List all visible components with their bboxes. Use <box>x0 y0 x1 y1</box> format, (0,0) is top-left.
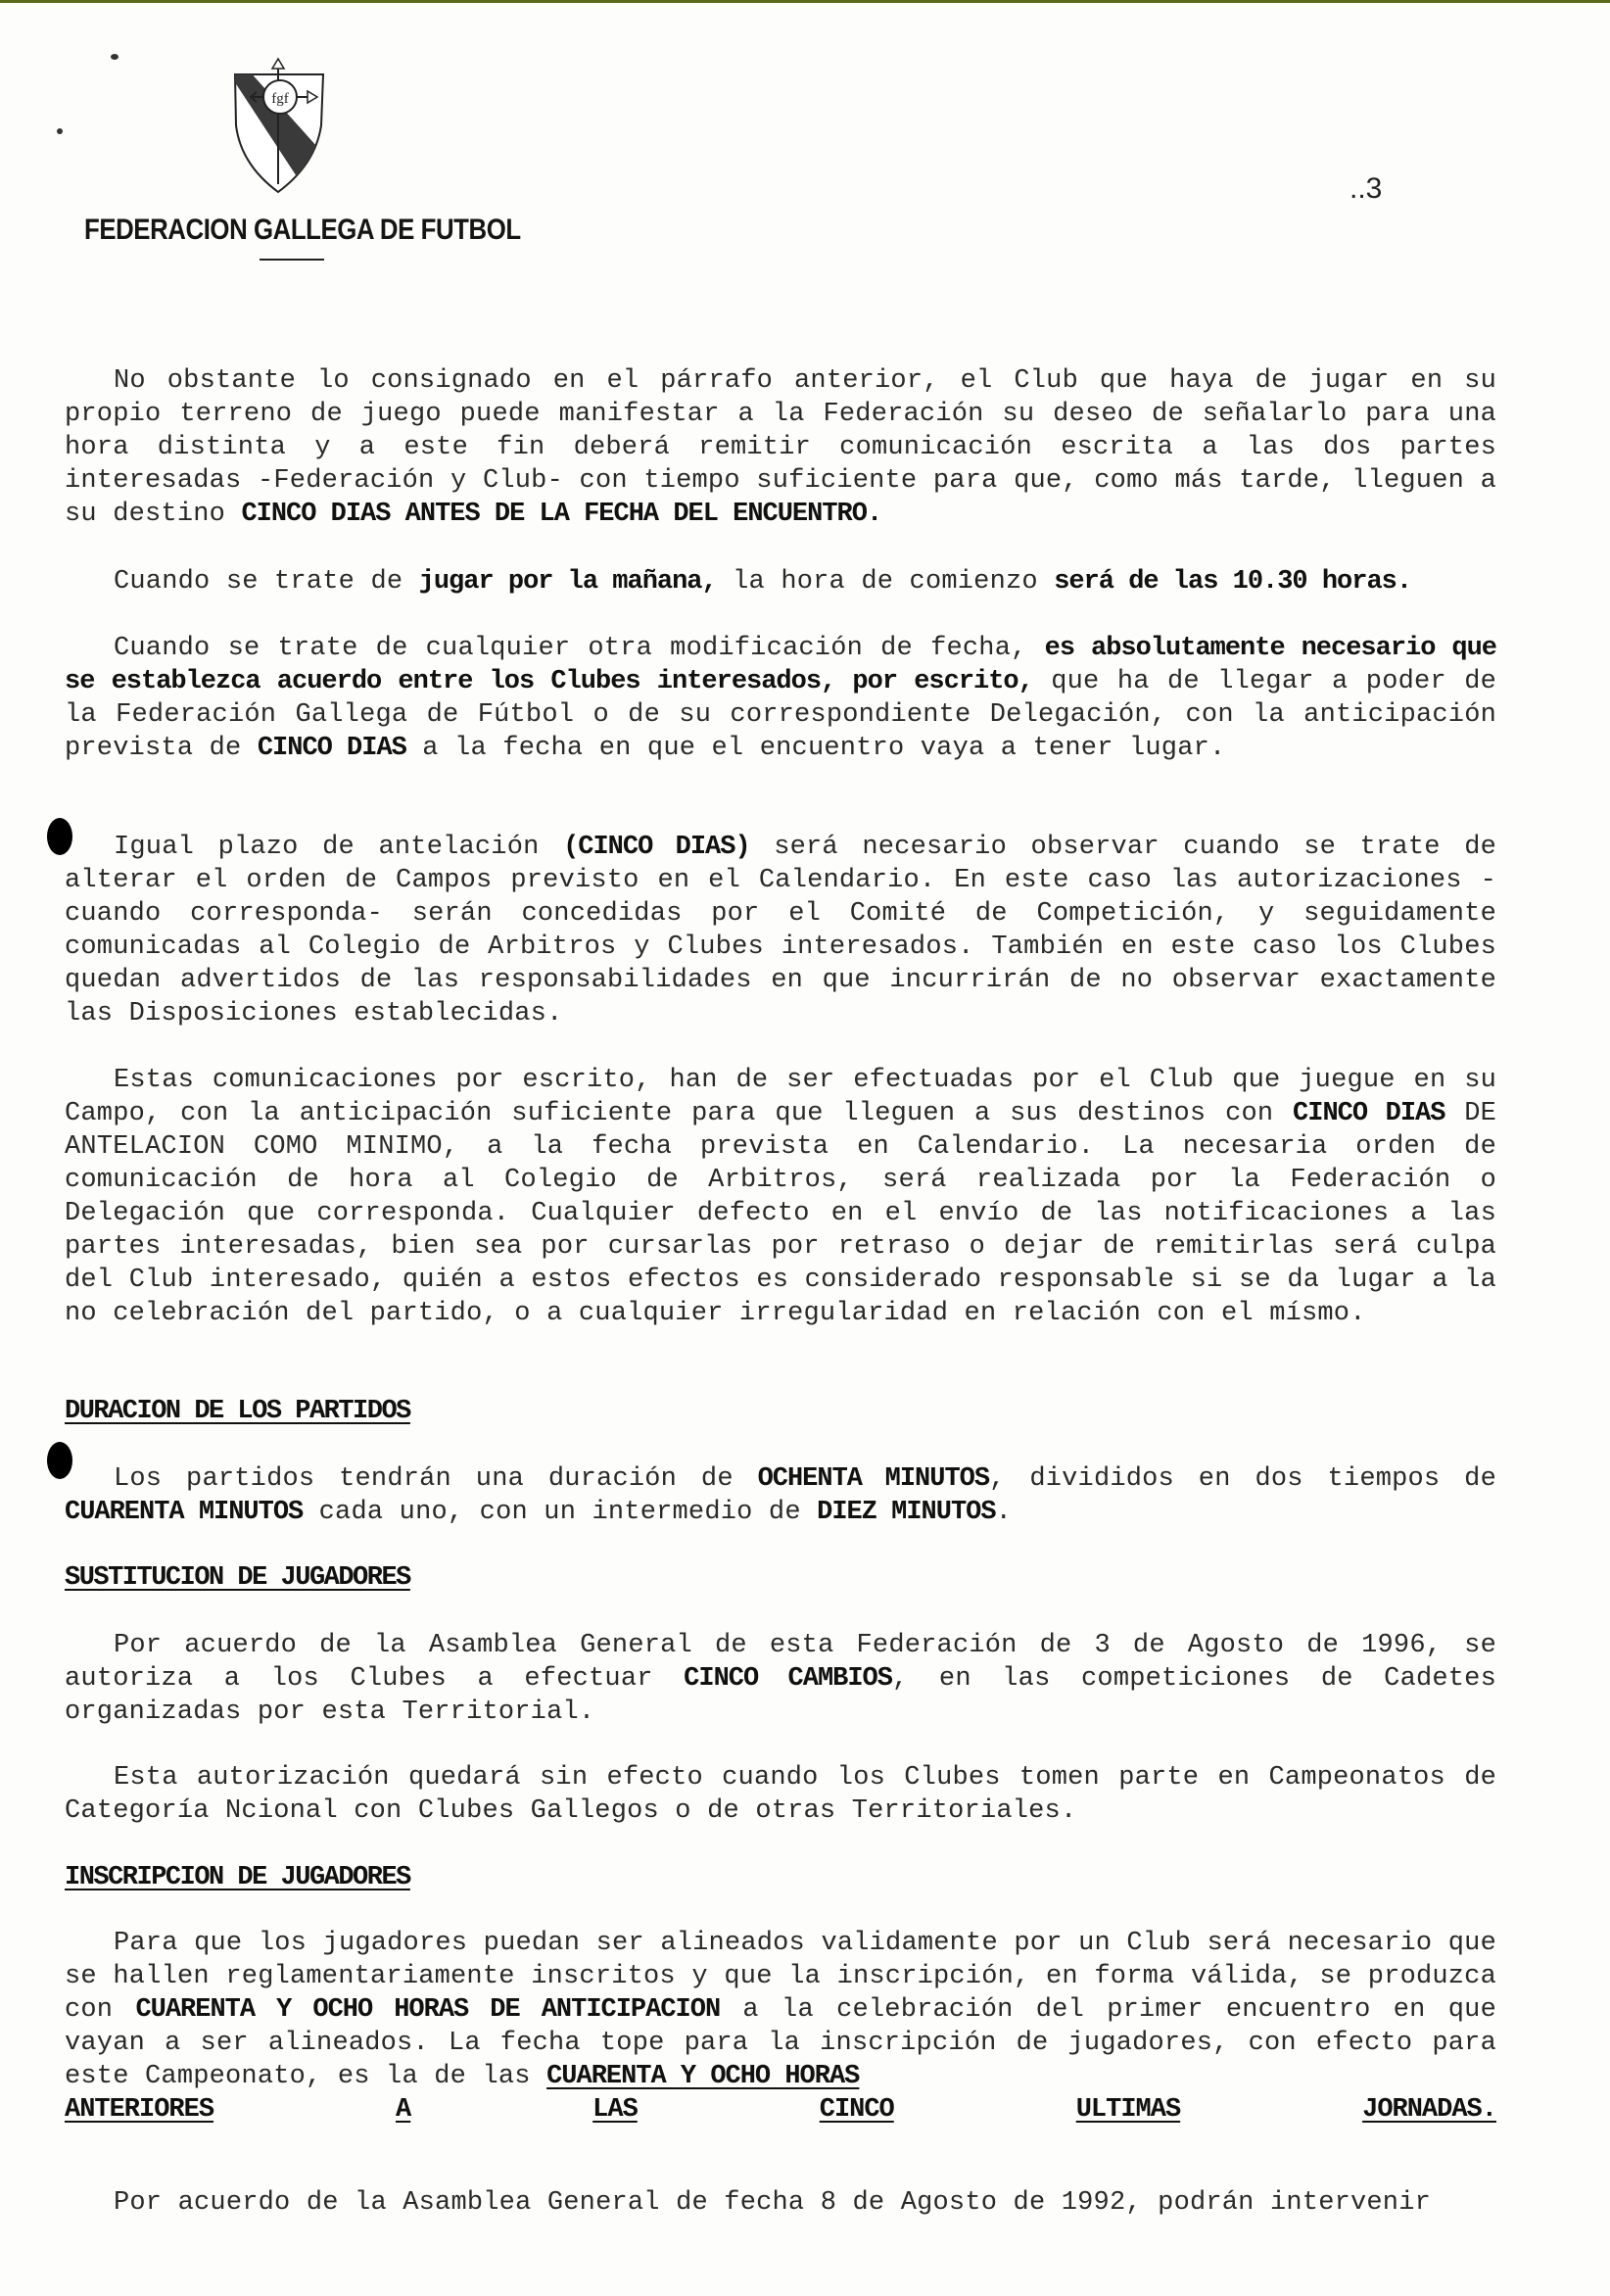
deadline-word: CINCO <box>820 2093 894 2127</box>
section-heading-match-duration: DURACION DE LOS PARTIDOS <box>65 1397 410 1426</box>
federation-shield-logo-icon: fgf <box>227 57 331 194</box>
svg-text:fgf: fgf <box>271 91 289 107</box>
deadline-word: LAS <box>592 2093 638 2127</box>
emphasis-text: (CINCO DIAS) <box>563 833 750 862</box>
paragraph-text: cada uno, con un intermedio de <box>303 1498 817 1527</box>
emphasis-text: jugar por la mañana, <box>419 567 717 597</box>
emphasis-text: CUARENTA Y OCHO HORAS <box>546 2062 859 2091</box>
header-rule <box>260 259 324 261</box>
paragraph-text: . <box>996 1498 1012 1527</box>
paragraph-alternative-time: No obstante lo consignado en el párrafo … <box>65 364 1496 531</box>
emphasis-text: será de las 10.30 horas. <box>1054 567 1411 597</box>
paragraph-text: Esta autorización quedará sin efecto cua… <box>65 1761 1496 1828</box>
scan-speck <box>57 128 63 134</box>
paragraph-player-registration: Para que los jugadores puedan ser alinea… <box>65 1927 1496 2127</box>
paragraph-text: Igual plazo de antelación <box>114 833 563 862</box>
emphasis-text: OCHENTA MINUTOS <box>758 1464 990 1494</box>
deadline-word: ULTIMAS <box>1076 2093 1180 2127</box>
paragraph-text: DE ANTELACION COMO MINIMO, a la fecha pr… <box>65 1099 1496 1328</box>
paragraph-morning-match: Cuando se trate de jugar por la mañana, … <box>65 565 1496 598</box>
paragraph-text: a la fecha en que el encuentro vaya a te… <box>406 734 1226 763</box>
emphasis-text: CINCO DIAS <box>258 734 406 763</box>
scan-speck <box>111 54 118 60</box>
organization-name: FEDERACION GALLEGA DE FUTBOL <box>84 214 521 247</box>
paragraph-text: la hora de comienzo <box>717 567 1054 597</box>
section-heading-player-registration: INSCRIPCION DE JUGADORES <box>65 1863 410 1892</box>
deadline-word: A <box>396 2093 410 2127</box>
emphasis-text: CINCO DIAS <box>1293 1099 1444 1128</box>
paragraph-text: Los partidos tendrán una duración de <box>114 1464 758 1494</box>
deadline-word: ANTERIORES <box>65 2093 213 2127</box>
paragraph-text: Por acuerdo de la Asamblea General de fe… <box>65 2186 1496 2220</box>
paragraph-written-communications: Estas comunicaciones por escrito, han de… <box>65 1064 1496 1330</box>
paragraph-text: Cuando se trate de <box>114 567 419 597</box>
paragraph-text: , divididos en dos tiempos de <box>989 1464 1496 1494</box>
paragraph-text: será necesario observar cuando se trate … <box>65 833 1496 1028</box>
paragraph-five-changes: Por acuerdo de la Asamblea General de es… <box>65 1629 1496 1729</box>
emphasis-text: CUARENTA Y OCHO HORAS DE ANTICIPACION <box>135 1995 720 2025</box>
paragraph-text: Cuando se trate de cualquier otra modifi… <box>114 634 1045 663</box>
paragraph-match-duration: Los partidos tendrán una duración de OCH… <box>65 1462 1496 1529</box>
emphasis-text: CUARENTA MINUTOS <box>65 1498 303 1527</box>
registration-deadline-line: ANTERIORES A LAS CINCO ULTIMAS JORNADAS. <box>65 2093 1496 2127</box>
page-number: ..3 <box>1350 172 1382 206</box>
scan-top-border <box>0 0 1610 3</box>
paragraph-field-order: Igual plazo de antelación (CINCO DIAS) s… <box>65 831 1496 1030</box>
section-heading-substitutions: SUSTITUCION DE JUGADORES <box>65 1563 410 1593</box>
emphasis-text: CINCO CAMBIOS <box>684 1664 892 1694</box>
paragraph-text: Estas comunicaciones por escrito, han de… <box>65 1066 1496 1128</box>
paragraph-assembly-1992: Por acuerdo de la Asamblea General de fe… <box>65 2186 1496 2220</box>
deadline-word: JORNADAS. <box>1362 2093 1496 2127</box>
emphasis-text: DIEZ MINUTOS <box>817 1498 995 1527</box>
emphasis-text: CINCO DIAS ANTES DE LA FECHA DEL ENCUENT… <box>241 500 881 529</box>
paragraph-authorization-void: Esta autorización quedará sin efecto cua… <box>65 1761 1496 1828</box>
paragraph-date-change: Cuando se trate de cualquier otra modifi… <box>65 632 1496 765</box>
